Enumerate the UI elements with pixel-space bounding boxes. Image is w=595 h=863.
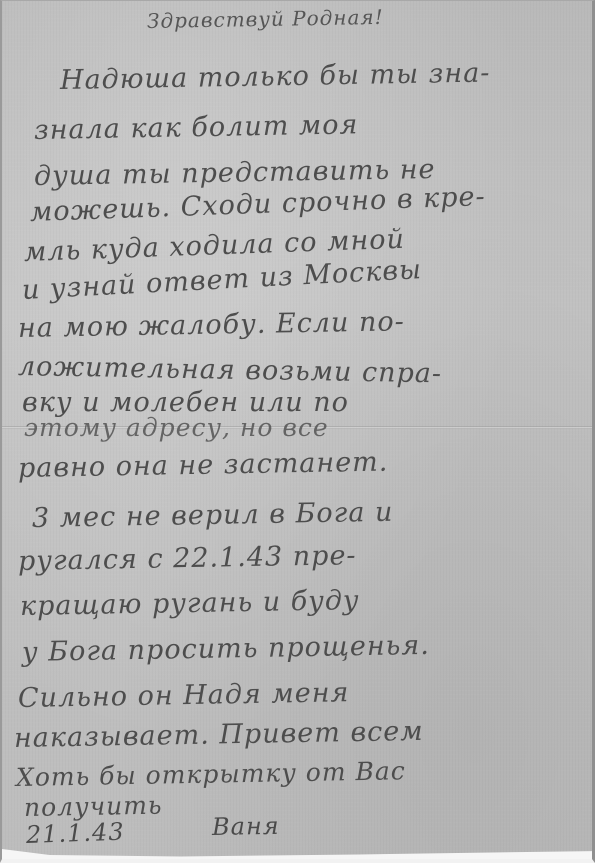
- letter-line: Сильно он Надя меня: [18, 677, 350, 714]
- letter-line: знала как болит моя: [34, 109, 359, 146]
- letter-greeting: Здравствуй Родная!: [147, 5, 384, 33]
- letter-line: ругался с 22.1.43 пре-: [18, 540, 357, 577]
- letter-line: Надюша только бы ты зна-: [60, 57, 491, 96]
- letter-date: 21.1.43: [26, 818, 126, 849]
- letter-line: кращаю ругань и буду: [20, 585, 360, 622]
- letter-line: ложительная возьми спра-: [18, 351, 443, 389]
- letter-line: равно она не застанет.: [18, 447, 389, 484]
- letter-line: получить: [24, 791, 163, 822]
- letter-line: 3 мес не верил в Бога и: [32, 497, 394, 534]
- paper-torn-edge: [2, 849, 595, 859]
- letter-line: на мою жалобу. Если по-: [18, 306, 405, 344]
- letter-line: наказывает. Привет всем: [14, 716, 424, 754]
- letter-line: Хоть бы открытку от Вас: [16, 756, 406, 792]
- letter-line: у Бога просить прощенья.: [22, 630, 430, 668]
- letter-signature: Ваня: [212, 812, 280, 841]
- letter-line: этому адресу, но все: [24, 413, 329, 442]
- letter-paper: Здравствуй Родная! Надюша только бы ты з…: [0, 0, 595, 863]
